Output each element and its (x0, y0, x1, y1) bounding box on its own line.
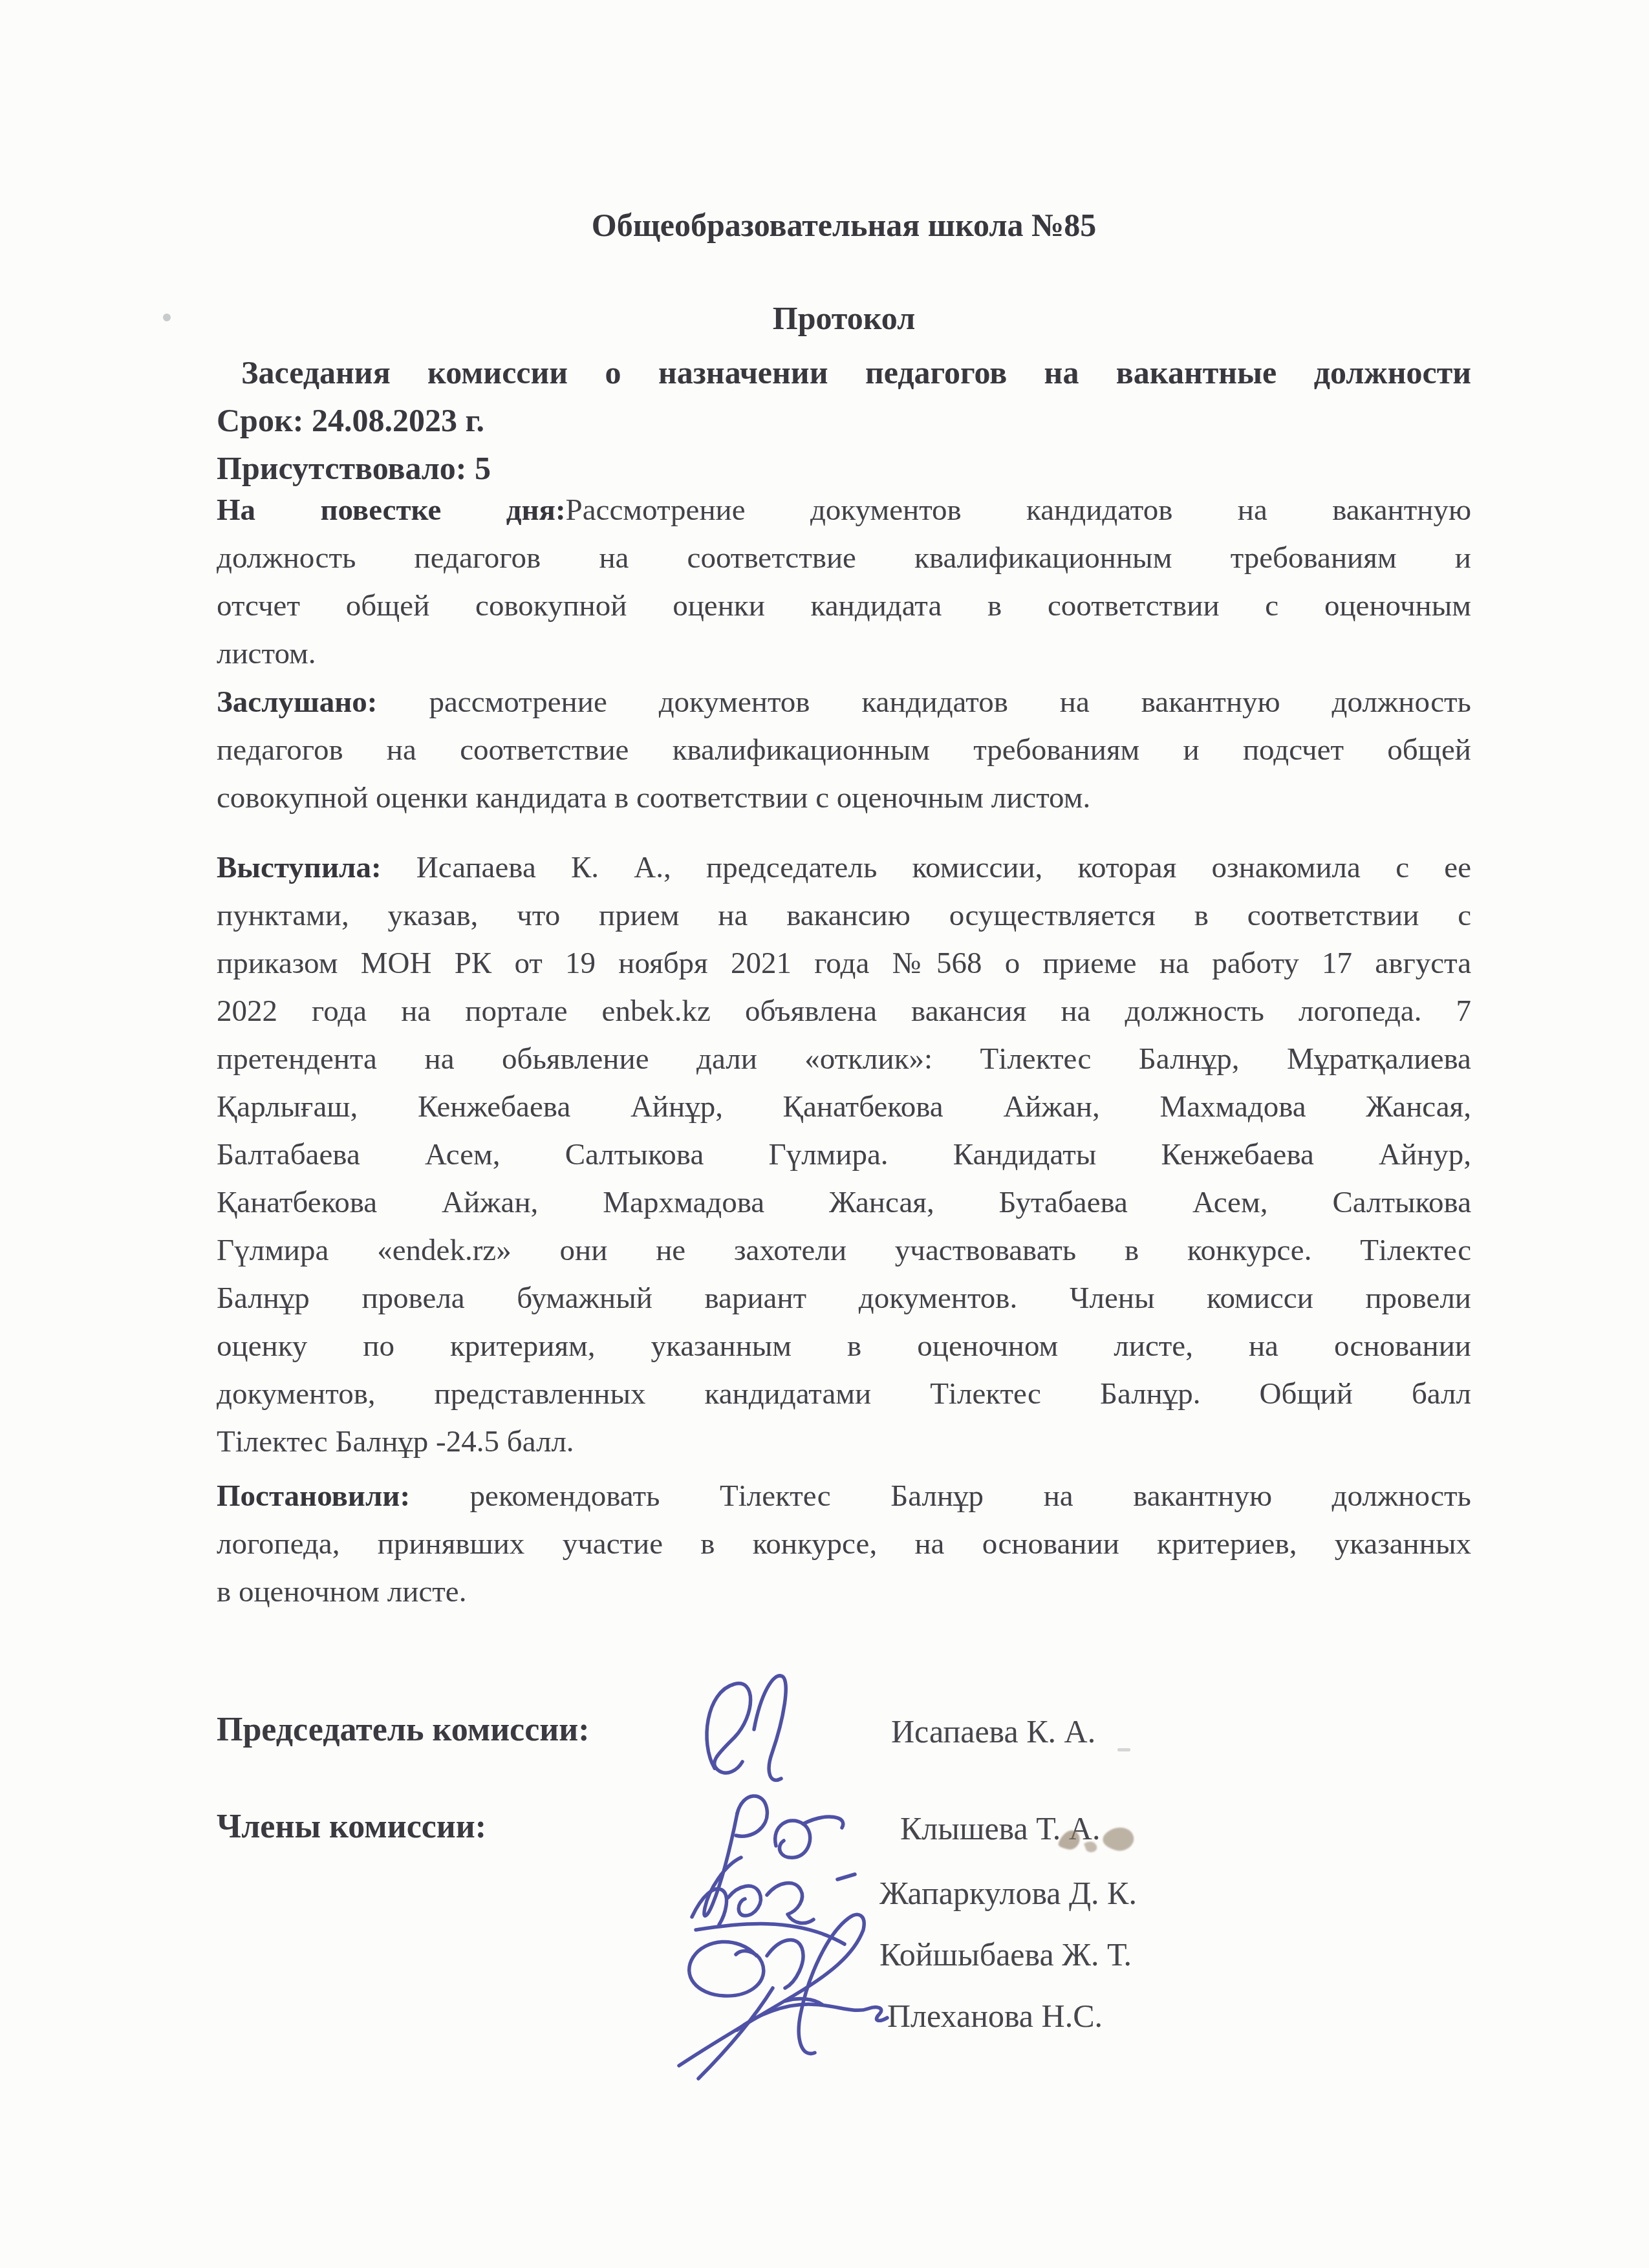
paragraph-line: педагогов на соответствие квалификационн… (217, 726, 1471, 774)
scanned-protocol-page: { "document": { "school": "Общеобразоват… (0, 0, 1649, 2268)
scan-speck (163, 314, 171, 321)
signature-member-3 (689, 1940, 823, 2006)
signature-member-4 (679, 1914, 887, 2079)
paragraph-line: оценку по критериям, указанным в оценочн… (217, 1322, 1471, 1370)
agenda-paragraph: На повестке дня:Рассмотрение документов … (217, 486, 1471, 678)
school-name: Общеобразовательная школа №85 (217, 206, 1471, 244)
paragraph-line: приказом МОН РК от 19 ноября 2021 года №… (217, 939, 1471, 987)
resolved-paragraph: Постановили: рекомендовать Тілектес Балн… (217, 1472, 1471, 1616)
paragraph-text: Исапаева К. А., председатель комиссии, к… (382, 851, 1471, 884)
chair-label: Председатель комиссии: (217, 1710, 590, 1750)
spoke-label: Выступила: (217, 851, 382, 884)
scan-speck (1117, 1748, 1130, 1751)
attendance-line: Присутствовало: 5 (217, 449, 1471, 487)
paragraph-line: отсчет общей совокупной оценки кандидата… (217, 582, 1471, 630)
member-name: Плеханова Н.С. (887, 1997, 1103, 2035)
members-label: Члены комиссии: (217, 1807, 486, 1847)
paragraph-line: Гүлмира «endek.rz» они не захотели участ… (217, 1226, 1471, 1274)
paragraph-text: рекомендовать Тілектес Балнұр на вакантн… (410, 1479, 1471, 1513)
heard-paragraph: Заслушано: рассмотрение документов канди… (217, 678, 1471, 822)
doc-type-title: Протокол (217, 299, 1471, 337)
date-line: Срок: 24.08.2023 г. (217, 401, 1471, 440)
paragraph-line: Постановили: рекомендовать Тілектес Балн… (217, 1472, 1471, 1520)
paragraph-line: претендента на обьявление дали «отклик»:… (217, 1035, 1471, 1083)
paragraph-text: Рассмотрение документов кандидатов на ва… (566, 493, 1471, 527)
paragraph-line: 2022 года на портале enbek.kz объявлена … (217, 987, 1471, 1035)
paragraph-line: листом. (217, 630, 1471, 678)
paragraph-line: в оценочном листе. (217, 1568, 1471, 1616)
ink-smudge (1046, 1815, 1156, 1861)
paragraph-line: Балтабаева Асем, Салтыкова Гүлмира. Канд… (217, 1131, 1471, 1179)
protocol-heading: Заседания комиссии о назначении педагого… (217, 353, 1471, 392)
paragraph-line: Қарлығаш, Кенжебаева Айнұр, Қанатбекова … (217, 1083, 1471, 1131)
paragraph-line: документов, представленных кандидатами Т… (217, 1370, 1471, 1418)
paragraph-line: Қанатбекова Айжан, Мархмадова Жансая, Бу… (217, 1179, 1471, 1226)
agenda-label: На повестке дня: (217, 493, 566, 527)
paragraph-line: должность педагогов на соответствие квал… (217, 534, 1471, 582)
paragraph-line: На повестке дня:Рассмотрение документов … (217, 486, 1471, 534)
signature-chair (707, 1676, 786, 1781)
paragraph-text: рассмотрение документов кандидатов на ва… (377, 685, 1471, 719)
resolved-label: Постановили: (217, 1479, 410, 1513)
heard-label: Заслушано: (217, 685, 377, 719)
paragraph-line: логопеда, принявших участие в конкурсе, … (217, 1520, 1471, 1568)
paragraph-line: Заслушано: рассмотрение документов канди… (217, 678, 1471, 726)
spoke-paragraph: Выступила: Исапаева К. А., председатель … (217, 844, 1471, 1466)
signatures-ink (640, 1652, 918, 2091)
chair-name: Исапаева К. А. (891, 1713, 1095, 1750)
paragraph-line: Тілектес Балнұр -24.5 балл. (217, 1418, 1471, 1466)
paragraph-line: пунктами, указав, что прием на вакансию … (217, 892, 1471, 939)
signature-member-2 (692, 1874, 855, 1944)
paragraph-line: совокупной оценки кандидата в соответств… (217, 774, 1471, 822)
paragraph-line: Балнұр провела бумажный вариант документ… (217, 1274, 1471, 1322)
paragraph-line: Выступила: Исапаева К. А., председатель … (217, 844, 1471, 892)
